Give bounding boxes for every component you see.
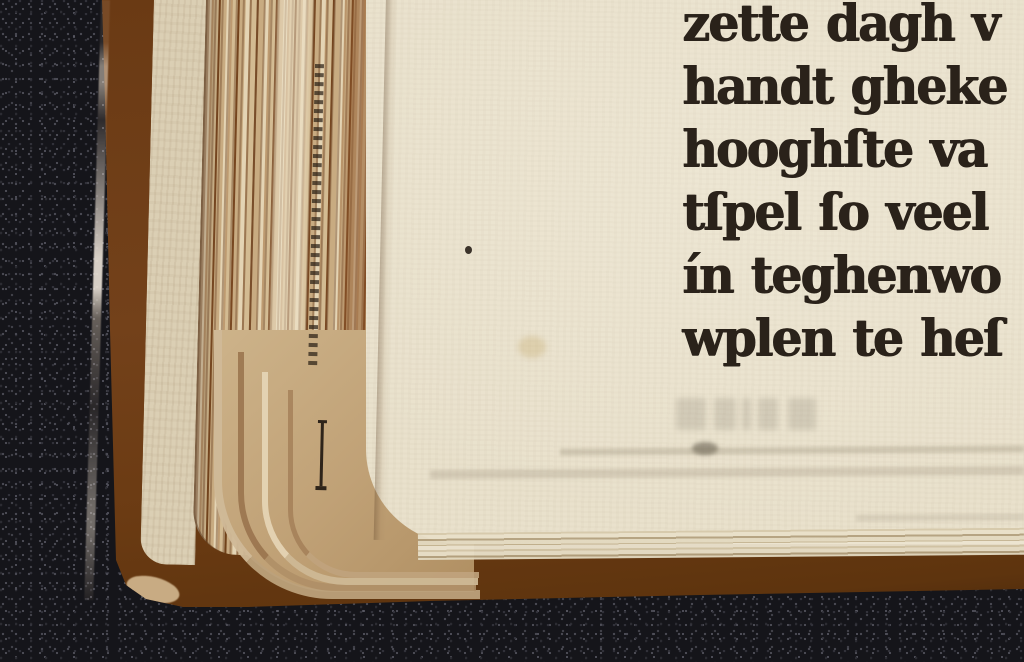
showthrough-ghost-text (676, 398, 866, 434)
register-mark-bottom-bar (315, 486, 326, 490)
fore-edge-register-mark (314, 420, 331, 492)
ghost-glyph (788, 398, 816, 430)
page-bottom-edges (418, 528, 1024, 560)
text-line: tſpel ſo veel (682, 180, 1024, 246)
showthrough-line (856, 513, 1024, 521)
book-cover-leather: zette dagh v handt gheke hooghſte va tſp… (0, 0, 1024, 662)
worn-cover-corner (124, 571, 182, 608)
photo-book-corner: zette dagh v handt gheke hooghſte va tſp… (0, 0, 1024, 662)
register-mark-stem (320, 422, 324, 486)
text-line: handt gheke (682, 54, 1024, 120)
text-line: ín teghenwo (682, 243, 1024, 309)
ghost-glyph (676, 398, 706, 430)
blackletter-text-block: zette dagh v handt gheke hooghſte va tſp… (682, 0, 1024, 370)
text-line: wplen te heſ (682, 306, 1024, 372)
ghost-glyph (742, 398, 751, 430)
ghost-glyph (714, 398, 736, 430)
ghost-glyph (758, 398, 778, 430)
ink-speck (465, 246, 472, 254)
text-line: zette dagh v (682, 0, 1024, 56)
text-line: hooghſte va (682, 117, 1024, 183)
paper-stain (518, 336, 546, 358)
cover-edge-highlight (84, 0, 110, 600)
